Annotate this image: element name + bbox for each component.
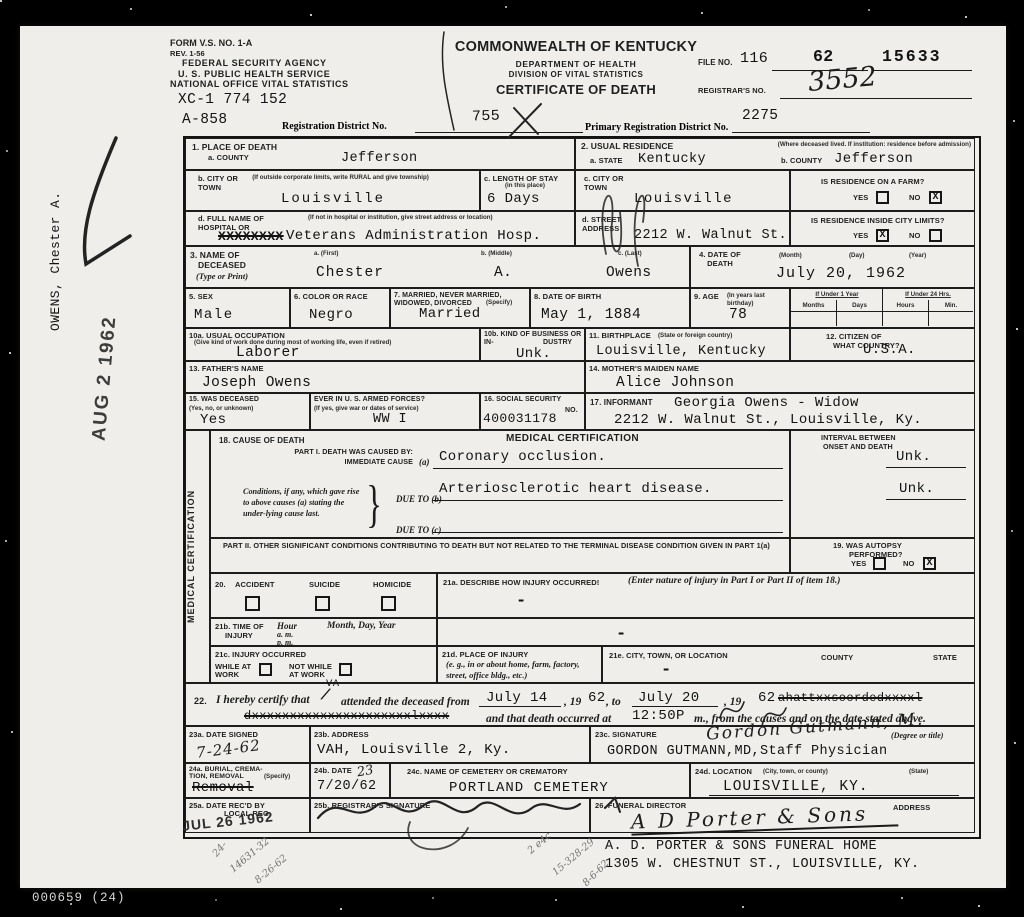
- name-middle-label: b. (Middle): [481, 250, 512, 258]
- while-at-work-checkbox: [259, 663, 272, 676]
- signer-address-value: VAH, Louisville 2, Ky.: [317, 742, 511, 758]
- accident-checkbox: [245, 596, 260, 611]
- under-1-year-header: If Under 1 Year: [791, 291, 883, 299]
- certify-time-value: 12:50P: [632, 708, 685, 724]
- field-part2-conditions: PART II. OTHER SIGNIFICANT CONDITIONS CO…: [210, 538, 790, 573]
- degree-or-title-label: (Degree or title): [891, 731, 943, 740]
- place-title: 1. PLACE OF DEATH: [192, 142, 277, 152]
- injury-place-hint: (e. g., in or about home, farm, factory,…: [446, 659, 596, 680]
- field-was-deceased: 15. WAS DECEASED (Yes, no, or unknown) Y…: [185, 393, 310, 430]
- form-number: FORM V.S. NO. 1-A: [170, 38, 435, 49]
- under-24-hrs-header: If Under 24 Hrs.: [883, 291, 973, 299]
- certify-text-3: and that death occurred at: [486, 713, 611, 725]
- under-months-label: Months: [791, 302, 836, 310]
- cemetery-value: PORTLAND CEMETERY: [449, 780, 609, 796]
- limits-no-label: NO: [909, 231, 920, 240]
- field-burial-removal: 24a. BURIAL, CREMA- TION, REMOVAL (Speci…: [185, 763, 310, 798]
- age-hint: (In years last birthday): [727, 292, 782, 308]
- registrar-signature-label: 25b. REGISTRAR'S SIGNATURE: [314, 801, 430, 810]
- hospital-hint: (If not in hospital or institution, give…: [308, 214, 518, 222]
- field-hospital-name: d. FULL NAME OF HOSPITAL OR (If not in h…: [185, 211, 575, 246]
- marital-hint: (Specify): [486, 299, 512, 307]
- interval-a-line: [886, 467, 966, 468]
- farm-no-label: NO: [909, 193, 920, 202]
- mother-value: Alice Johnson: [616, 375, 734, 391]
- cause-due-b-label: DUE TO (b): [396, 494, 442, 504]
- field-place-of-death: 1. PLACE OF DEATH a. COUNTY Jefferson: [185, 138, 575, 170]
- cem-location-hint-2: (State): [909, 768, 928, 776]
- funeral-home-name: A. D. PORTER & SONS FUNERAL HOME: [605, 838, 920, 856]
- field-burial-date: 24b. DATE 23 7/20/62: [310, 763, 390, 798]
- ssn-label: 16. SOCIAL SECURITY: [484, 396, 561, 404]
- field-cemetery-location: 24d. LOCATION (City, town, or county) (S…: [690, 763, 975, 798]
- injury-desc-label: 21a. DESCRIBE HOW INJURY OCCURRED!: [443, 578, 599, 587]
- birthplace-hint: (State or foreign country): [658, 332, 732, 340]
- certify-strikeout-1: ahattxxsoordedxxxxl: [778, 691, 922, 705]
- hospital-value: Veterans Administration Hosp.: [286, 228, 541, 244]
- field-father-name: 13. FATHER'S NAME Joseph Owens: [185, 361, 585, 393]
- injury-desc-value: -: [516, 592, 527, 611]
- certificate-title: CERTIFICATE OF DEATH: [448, 82, 704, 98]
- cause-due-c-label: DUE TO (c): [396, 525, 441, 535]
- residence-city-value: Louisville: [634, 191, 733, 207]
- name-sub: (Type or Print): [196, 271, 248, 281]
- injury-desc-hint: (Enter nature of injury in Part I or Par…: [628, 576, 840, 586]
- industry-value: Unk.: [516, 346, 551, 362]
- hospital-overtype: XXXXXXXX: [218, 229, 284, 244]
- limits-yes-checkbox: X: [876, 229, 889, 242]
- certificate-paper: OWENS, Chester A. AUG 2 1962 FORM V.S. N…: [20, 26, 1006, 888]
- death-date-month-label: (Month): [779, 252, 802, 260]
- ssn-no-label: NO.: [565, 407, 578, 415]
- medical-certification-header: MEDICAL CERTIFICATION: [506, 433, 639, 445]
- certify-slash: /: [318, 686, 332, 707]
- funeral-address-label: ADDRESS: [893, 803, 930, 812]
- film-frame-number: 000659 (24): [32, 891, 126, 905]
- medical-certification-strip: MEDICAL CERTIFICATION: [185, 430, 210, 683]
- cem-location-label: 24d. LOCATION: [695, 767, 752, 776]
- field-residence-farm: IS RESIDENCE ON A FARM? YES NO X: [790, 170, 975, 211]
- stay-hint: (in this place): [505, 182, 545, 190]
- agency-line-2: U. S. PUBLIC HEALTH SERVICE: [178, 69, 435, 80]
- informant-label: 17. INFORMANT: [590, 398, 653, 408]
- burial-value: Removal: [192, 780, 254, 796]
- autopsy-label: 19. WAS AUTOPSY: [833, 541, 902, 550]
- certify-comma-19b: , 19: [724, 696, 741, 708]
- autopsy-yes-label: YES: [851, 559, 866, 568]
- commonwealth-title: COMMONWEALTH OF KENTUCKY: [448, 39, 704, 56]
- agency-line-1: FEDERAL SECURITY AGENCY: [182, 58, 435, 69]
- under-hours-label: Hours: [883, 302, 928, 310]
- street-value: 2212 W. Walnut St.: [634, 228, 787, 243]
- file-no-prefix: 116: [740, 50, 768, 67]
- file-code-1: XC-1 774 152: [178, 92, 287, 108]
- birth-date-label: 8. DATE OF BIRTH: [534, 292, 601, 301]
- field-industry: 10b. KIND OF BUSINESS OR IN- DUSTRY Unk.: [480, 328, 585, 361]
- cem-location-value: LOUISVILLE, KY.: [723, 779, 869, 795]
- farm-yes-checkbox: [876, 191, 889, 204]
- file-no-mid: 62: [813, 47, 834, 66]
- farm-question: IS RESIDENCE ON A FARM?: [821, 177, 924, 186]
- residence-state-value: Kentucky: [638, 152, 706, 167]
- cause-c-line: [433, 532, 783, 533]
- field-city-limits: IS RESIDENCE INSIDE CITY LIMITS? YES X N…: [790, 211, 975, 246]
- certify-text-1: I hereby certify that: [216, 694, 310, 706]
- pencil-note-3: 8-26-62: [253, 853, 290, 886]
- margin-checkmark-scribble: [84, 138, 130, 264]
- accident-label: ACCIDENT: [235, 580, 275, 589]
- was-deceased-value: Yes: [200, 412, 226, 428]
- injury-loc-value: -: [661, 661, 672, 680]
- file-no-line-2: [874, 70, 972, 71]
- field-street-address: d. STREET ADDRESS 2212 W. Walnut St.: [575, 211, 790, 246]
- field-mother-name: 14. MOTHER'S MAIDEN NAME Alice Johnson: [585, 361, 975, 393]
- cause-immediate-label: IMMEDIATE CAUSE: [251, 458, 413, 467]
- cause-part1-label: PART I. DEATH WAS CAUSED BY:: [251, 448, 413, 457]
- street-label: d. STREET ADDRESS: [582, 215, 627, 233]
- death-date-year-label: (Year): [909, 252, 926, 260]
- medical-certification-vertical-label: MEDICAL CERTIFICATION: [186, 431, 209, 682]
- field-citizen: 12. CITIZEN OF WHAT COUNTRY? U.S.A.: [790, 328, 975, 361]
- farm-no-checkbox: X: [929, 191, 942, 204]
- department-line: DEPARTMENT OF HEALTH: [448, 59, 704, 69]
- primary-district-value: 2275: [742, 108, 778, 124]
- cause-title: 18. CAUSE OF DEATH: [219, 436, 305, 446]
- name-title: 3. NAME OF: [190, 250, 240, 260]
- residence-state-label: a. STATE: [590, 156, 623, 165]
- certify-number: 22.: [194, 696, 207, 707]
- field-date-signed: 23a. DATE SIGNED 7-24-62: [185, 726, 310, 763]
- cause-b-line: [433, 500, 783, 501]
- birthplace-label: 11. BIRTHPLACE: [589, 331, 651, 340]
- field-interval-column: INTERVAL BETWEEN ONSET AND DEATH Unk. Un…: [790, 430, 975, 538]
- field-violence-type: 20. ACCIDENT SUICIDE HOMICIDE: [210, 573, 437, 618]
- field-autopsy: 19. WAS AUTOPSY PERFORMED? YES NO X: [790, 538, 975, 573]
- field-injury-at-work: 21c. INJURY OCCURRED WHILE AT WORK NOT W…: [210, 646, 437, 683]
- age-label: 9. AGE: [694, 292, 719, 301]
- field-cause-of-death: 18. CAUSE OF DEATH MEDICAL CERTIFICATION…: [210, 430, 790, 538]
- injury-time-label-2: INJURY: [225, 631, 253, 640]
- injury-not-while-label-2: AT WORK: [289, 670, 325, 679]
- pencil-note-1: 24-: [211, 840, 230, 859]
- registrar-no-label: REGISTRAR'S NO.: [698, 86, 766, 95]
- interval-header-2: ONSET AND DEATH: [823, 443, 893, 452]
- limits-no-checkbox: [929, 229, 942, 242]
- armed-value: WW I: [373, 412, 407, 427]
- certify-text-2: attended the deceased from: [341, 696, 470, 708]
- field-signer-address: 23b. ADDRESS VAH, Louisville 2, Ky.: [310, 726, 590, 763]
- ssn-value: 400031178: [483, 411, 557, 426]
- certify-to-date: July 20: [638, 690, 700, 706]
- suicide-checkbox: [315, 596, 330, 611]
- field-date-of-death: 4. DATE OF DEATH (Month) (Day) (Year) Ju…: [690, 246, 975, 288]
- birth-date-value: May 1, 1884: [541, 307, 641, 323]
- field-occupation: 10a. USUAL OCCUPATION (Give kind of work…: [185, 328, 480, 361]
- burial-date-value: 7/20/62: [317, 779, 377, 794]
- certify-to-line: [632, 706, 718, 707]
- under-days-label: Days: [837, 302, 882, 310]
- field-usual-residence: 2. USUAL RESIDENCE (Where deceased lived…: [575, 138, 975, 170]
- form-id-block: FORM V.S. NO. 1-A REV. 1-56 FEDERAL SECU…: [170, 38, 435, 90]
- death-date-day-label: (Day): [849, 252, 864, 260]
- injury-while-label-2: WORK: [215, 670, 239, 679]
- field-armed-forces: EVER IN U. S. ARMED FORCES? (If yes, giv…: [310, 393, 480, 430]
- sex-value: Male: [194, 307, 234, 323]
- registrar-no-line: [780, 98, 972, 99]
- funeral-home-address: 1305 W. CHESTNUT ST., LOUISVILLE, KY.: [605, 856, 920, 874]
- certify-from-line: [479, 706, 561, 707]
- certify-year-2: 62: [758, 690, 776, 706]
- place-city-value: Louisville: [281, 191, 385, 207]
- reg-district-value: 755: [472, 108, 501, 126]
- informant-value: Georgia Owens - Widow: [674, 395, 859, 411]
- death-date-title: 4. DATE OF DEATH: [696, 250, 744, 268]
- date-signed-value: 7-24-62: [195, 736, 262, 762]
- field-under-age-grid: If Under 1 Year If Under 24 Hrs. Months …: [790, 288, 975, 328]
- cemetery-label: 24c. NAME OF CEMETERY OR CREMATORY: [407, 767, 568, 776]
- autopsy-yes-checkbox: [873, 557, 886, 570]
- interval-b-line: [886, 499, 966, 500]
- burial-date-label: 24b. DATE: [314, 766, 352, 775]
- field-length-of-stay: c. LENGTH OF STAY (in this place) 6 Days: [480, 170, 575, 211]
- cem-location-hint: (City, town, or county): [763, 768, 828, 776]
- homicide-checkbox: [381, 596, 396, 611]
- stay-value: 6 Days: [487, 191, 540, 207]
- field-injury-time: 21b. TIME OF INJURY Hour a. m. p. m. Mon…: [210, 618, 437, 646]
- citizen-label: 12. CITIZEN OF: [826, 332, 882, 341]
- field-place-city: b. CITY OR TOWN (If outside corporate li…: [185, 170, 480, 211]
- margin-received-date-stamp: AUG 2 1962: [85, 275, 125, 481]
- registrar-no-value: 3552: [807, 61, 878, 98]
- sex-label: 5. SEX: [189, 292, 213, 301]
- autopsy-no-checkbox: X: [923, 557, 936, 570]
- armed-label: EVER IN U. S. ARMED FORCES?: [314, 396, 425, 404]
- primary-district-label: Primary Registration District No.: [585, 122, 728, 133]
- cause-b-value: Arteriosclerotic heart disease.: [439, 481, 712, 497]
- funeral-home-typed-block: A. D. PORTER & SONS FUNERAL HOME 1305 W.…: [605, 838, 920, 874]
- under-min-label: Min.: [929, 302, 973, 310]
- field-residence-city: c. CITY OR TOWN Louisville: [575, 170, 790, 211]
- field-injury-description: 21a. DESCRIBE HOW INJURY OCCURRED! (Ente…: [437, 573, 975, 618]
- injury-time-date-cols: Month, Day, Year: [327, 621, 396, 631]
- residence-hint: (Where deceased lived. If institution: r…: [756, 141, 971, 149]
- field-injury-place: 21d. PLACE OF INJURY (e. g., in or about…: [437, 646, 602, 683]
- citizen-value: U.S.A.: [863, 342, 916, 358]
- marital-value: Married: [419, 306, 481, 322]
- field-registrar-signature: 25b. REGISTRAR'S SIGNATURE: [310, 798, 590, 833]
- injury-time-label: 21b. TIME OF: [215, 622, 264, 631]
- name-middle-value: A.: [494, 265, 512, 281]
- residence-county-value: Jefferson: [834, 151, 913, 167]
- file-code-2: A-858: [182, 112, 228, 128]
- microfilm-scan: { "film_number": "000659 (24)", "margin"…: [0, 0, 1024, 917]
- age-value: 78: [729, 307, 747, 323]
- birthplace-value: Louisville, Kentucky: [596, 344, 766, 359]
- race-label: 6. COLOR OR RACE: [294, 292, 368, 301]
- place-county-value: Jefferson: [341, 151, 418, 166]
- homicide-label: HOMICIDE: [373, 580, 411, 589]
- field-age: 9. AGE (In years last birthday) 78: [690, 288, 790, 328]
- injury-loc-label: 21e. CITY, TOWN, OR LOCATION: [609, 651, 728, 660]
- physician-signature-typed: GORDON GUTMANN,MD,Staff Physician: [607, 744, 888, 759]
- field-injury-time-value: -: [437, 618, 975, 646]
- field-color-or-race: 6. COLOR OR RACE Negro: [290, 288, 390, 328]
- cause-brace: }: [366, 474, 381, 533]
- place-city-label: b. CITY OR TOWN: [198, 174, 240, 192]
- agency-line-3: NATIONAL OFFICE VITAL STATISTICS: [170, 79, 435, 90]
- farm-yes-label: YES: [853, 193, 868, 202]
- field-marital-status: 7. MARRIED, NEVER MARRIED, WIDOWED, DIVO…: [390, 288, 530, 328]
- film-noise-specks: [0, 0, 2, 2]
- interval-a-value: Unk.: [896, 449, 931, 465]
- place-county-label: a. COUNTY: [208, 153, 249, 162]
- file-no-label: FILE NO.: [698, 58, 733, 68]
- cause-a-value: Coronary occlusion.: [439, 449, 606, 465]
- name-last-value: Owens: [606, 265, 652, 281]
- limits-yes-label: YES: [853, 231, 868, 240]
- name-first-label: a. (First): [314, 250, 338, 258]
- injury-work-label: 21c. INJURY OCCURRED: [215, 650, 306, 659]
- injury-loc-county-label: COUNTY: [821, 653, 853, 662]
- certify-comma-19a: , 19: [564, 696, 581, 708]
- not-while-at-work-checkbox: [339, 663, 352, 676]
- field-cemetery: 24c. NAME OF CEMETERY OR CREMATORY PORTL…: [390, 763, 690, 798]
- place-city-hint: (If outside corporate limits, write RURA…: [248, 174, 433, 182]
- suicide-label: SUICIDE: [309, 580, 340, 589]
- field-date-received: 25a. DATE REC'D BY LOCAL REG. JUL 26 196…: [185, 798, 310, 833]
- father-value: Joseph Owens: [202, 375, 311, 391]
- header-title-block: COMMONWEALTH OF KENTUCKY DEPARTMENT OF H…: [448, 39, 704, 98]
- field-sex: 5. SEX Male: [185, 288, 290, 328]
- informant-address: 2212 W. Walnut St., Louisville, Ky.: [614, 412, 922, 428]
- margin-index-name: OWENS, Chester A.: [48, 136, 63, 386]
- field-ssn: 16. SOCIAL SECURITY NO. 400031178: [480, 393, 585, 430]
- field-informant: 17. INFORMANT Georgia Owens - Widow 2212…: [585, 393, 975, 430]
- field-physician-signature: 23c. SIGNATURE Gordon Gutmann, M. (Degre…: [590, 726, 975, 763]
- certify-from-date: July 14: [486, 690, 548, 706]
- name-title2: DECEASED: [198, 260, 246, 270]
- form-revision: REV. 1-56: [170, 49, 435, 58]
- cause-a-paren: (a): [419, 457, 430, 467]
- was-deceased-label: 15. WAS DECEASED: [189, 396, 259, 404]
- under-grid-hline: [791, 311, 973, 312]
- limits-question: IS RESIDENCE INSIDE CITY LIMITS?: [811, 216, 945, 225]
- father-label: 13. FATHER'S NAME: [189, 364, 264, 373]
- part2-text: PART II. OTHER SIGNIFICANT CONDITIONS CO…: [223, 542, 783, 551]
- name-first-value: Chester: [316, 265, 384, 281]
- cause-conditions-note: Conditions, if any, which gave rise to a…: [243, 486, 365, 519]
- reg-district-line: [415, 132, 583, 133]
- injury-time-value: -: [616, 625, 627, 644]
- certify-to-word: , to: [606, 696, 621, 708]
- reg-district-label: Registration District No.: [282, 121, 387, 132]
- primary-district-line: [732, 132, 870, 133]
- field-injury-location: 21e. CITY, TOWN, OR LOCATION - COUNTY ST…: [602, 646, 975, 683]
- burial-date-overlay: 23: [356, 763, 375, 781]
- injury-loc-state-label: STATE: [933, 653, 957, 662]
- cem-location-line: [709, 795, 959, 796]
- autopsy-no-label: NO: [903, 559, 914, 568]
- field-funeral-director: 26. FUNERAL DIRECTOR ADDRESS A D Porter …: [590, 798, 975, 833]
- division-line: DIVISION OF VITAL STATISTICS: [448, 70, 704, 80]
- interval-b-value: Unk.: [899, 481, 934, 497]
- residence-county-label: b. COUNTY: [781, 156, 822, 165]
- race-value: Negro: [309, 307, 353, 323]
- field-name-of-deceased: 3. NAME OF DECEASED (Type or Print) a. (…: [185, 246, 690, 288]
- occupation-value: Laborer: [236, 345, 300, 361]
- violence-number: 20.: [215, 580, 226, 589]
- occupation-hint: (Give kind of work done during most of w…: [194, 339, 419, 347]
- injury-place-label: 21d. PLACE OF INJURY: [442, 650, 528, 659]
- file-no-suffix: 15633: [882, 47, 942, 66]
- date-received-stamp: JUL 26 1962: [181, 808, 274, 833]
- death-date-value: July 20, 1962: [776, 265, 906, 282]
- signature-label: 23c. SIGNATURE: [595, 730, 657, 739]
- burial-hint: (Specify): [264, 773, 290, 781]
- signer-address-label: 23b. ADDRESS: [314, 730, 369, 739]
- mother-label: 14. MOTHER'S MAIDEN NAME: [589, 364, 699, 373]
- field-date-of-birth: 8. DATE OF BIRTH May 1, 1884: [530, 288, 690, 328]
- name-last-label: c. (Last): [618, 250, 642, 258]
- certify-strikeout-2: dxxxxxxxxxxxxxxxxxxxxxlxxxx: [244, 709, 449, 723]
- field-birthplace: 11. BIRTHPLACE (State or foreign country…: [585, 328, 790, 361]
- residence-title: 2. USUAL RESIDENCE: [581, 141, 673, 151]
- residence-city-label: c. CITY OR TOWN: [584, 174, 624, 192]
- cause-a-line: [433, 468, 783, 469]
- certify-year-1: 62: [588, 690, 606, 706]
